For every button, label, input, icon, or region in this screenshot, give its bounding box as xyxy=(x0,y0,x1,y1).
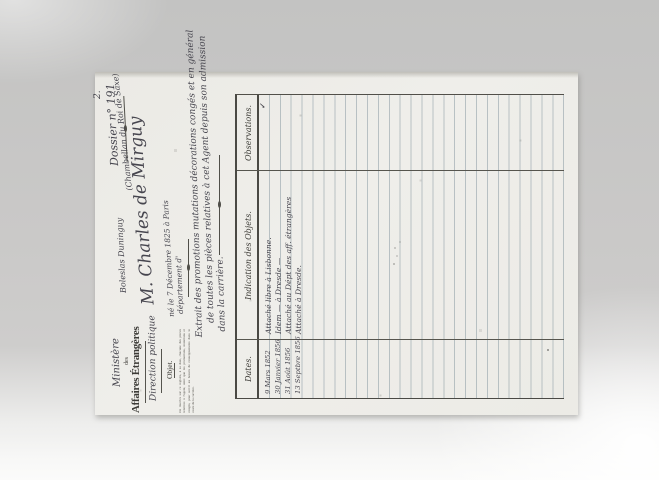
column-header-observations: Observations. xyxy=(240,95,257,171)
divider-flourish-small xyxy=(188,239,189,297)
letterhead-rule-2 xyxy=(161,349,162,393)
observation-check-mark: ✔ xyxy=(259,103,268,110)
table-row-object: Idem — à Dresde — xyxy=(274,172,283,334)
record-table: Dates. Indication des Objets. Observatio… xyxy=(235,94,564,399)
ink-speck xyxy=(547,349,549,351)
page-number: 2. xyxy=(93,90,103,99)
divider-flourish-long xyxy=(219,155,220,255)
table-row-date: 30 Janvier 1856 xyxy=(274,340,282,394)
table-row-rulings xyxy=(259,95,564,398)
table-row-object: Attaché au Dépt des aff. étrangères xyxy=(284,172,293,334)
table-row-date: 13 Septbre 1856 xyxy=(294,340,302,394)
document-sheet-rotated: 2. Dossier n° 191 Ministère des Affaires… xyxy=(95,72,578,415)
ministry-word: Ministère xyxy=(110,338,123,387)
scan-smudge xyxy=(393,263,395,265)
column-header-objects: Indication des Objets. xyxy=(240,171,257,340)
objet-underline xyxy=(174,363,175,378)
scanned-document-page: 2. Dossier n° 191 Ministère des Affaires… xyxy=(95,72,578,415)
direction-politique: Direction politique xyxy=(147,315,158,401)
scan-noise-specks xyxy=(0,0,1,1)
column-header-dates: Dates. xyxy=(240,340,257,398)
table-header-underline xyxy=(257,95,259,398)
table-column-separator-observations xyxy=(237,170,564,171)
table-row-date: 31 Août 1856 xyxy=(284,340,292,394)
objet-label: Objet. xyxy=(165,360,174,379)
agent-name-small: Boleslas Duninguy xyxy=(115,218,128,294)
ministry-name: Affaires Étrangères xyxy=(130,327,142,413)
agent-name-large: M. Charles de Mirguy xyxy=(125,116,158,306)
objet-fine-print: On inscrira sur ce registre, à sa date, … xyxy=(178,329,196,413)
table-row-object: Attaché à Dresde. xyxy=(294,172,303,334)
letterhead-rule xyxy=(145,341,146,403)
extrait-paragraph: Extrait des promotions mutations décorat… xyxy=(187,79,230,338)
table-row-object: Attaché libre à Lisbonne. xyxy=(264,172,273,334)
table-row-date: 9 Mars 1852 xyxy=(264,340,272,394)
page-top-scan-shade xyxy=(95,72,578,78)
agent-department-line: département d' xyxy=(174,256,185,314)
